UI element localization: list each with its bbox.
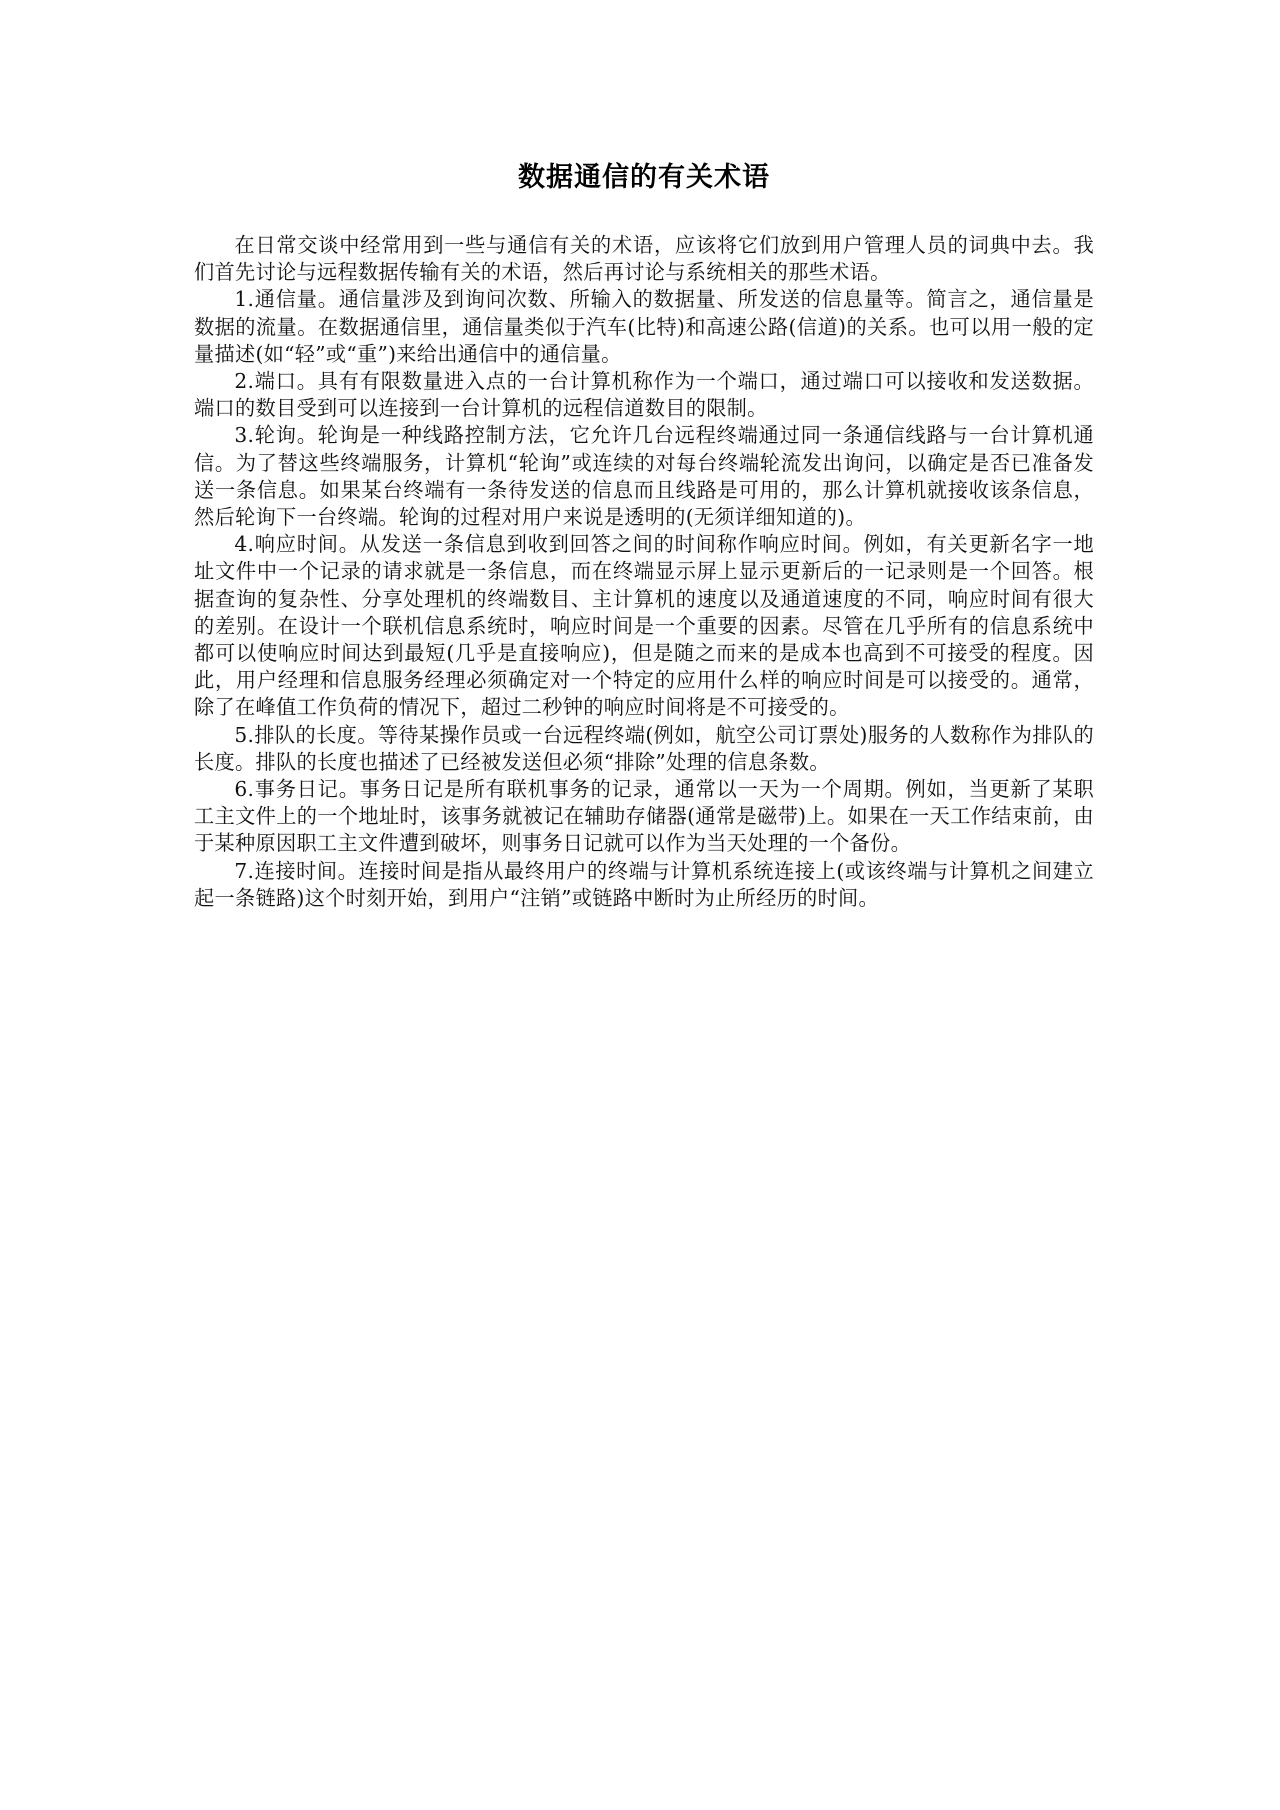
paragraph-transaction-log: 6.事务日记。事务日记是所有联机事务的记录，通常以一天为一个周期。例如，当更新了…: [194, 776, 1094, 858]
paragraph-polling: 3.轮询。轮询是一种线路控制方法，它允许几台远程终端通过同一条通信线路与一台计算…: [194, 422, 1094, 531]
paragraph-response-time: 4.响应时间。从发送一条信息到收到回答之间的时间称作响应时间。例如，有关更新名字…: [194, 531, 1094, 721]
document-body: 在日常交谈中经常用到一些与通信有关的术语，应该将它们放到用户管理人员的词典中去。…: [194, 232, 1094, 912]
document-title: 数据通信的有关术语: [194, 158, 1094, 198]
paragraph-traffic: 1.通信量。通信量涉及到询问次数、所输入的数据量、所发送的信息量等。简言之，通信…: [194, 286, 1094, 368]
document-page: 数据通信的有关术语 在日常交谈中经常用到一些与通信有关的术语，应该将它们放到用户…: [194, 150, 1094, 912]
paragraph-intro: 在日常交谈中经常用到一些与通信有关的术语，应该将它们放到用户管理人员的词典中去。…: [194, 232, 1094, 286]
paragraph-queue-length: 5.排队的长度。等待某操作员或一台远程终端(例如，航空公司订票处)服务的人数称作…: [194, 722, 1094, 776]
paragraph-port: 2.端口。具有有限数量进入点的一台计算机称作为一个端口，通过端口可以接收和发送数…: [194, 368, 1094, 422]
paragraph-connect-time: 7.连接时间。连接时间是指从最终用户的终端与计算机系统连接上(或该终端与计算机之…: [194, 858, 1094, 912]
